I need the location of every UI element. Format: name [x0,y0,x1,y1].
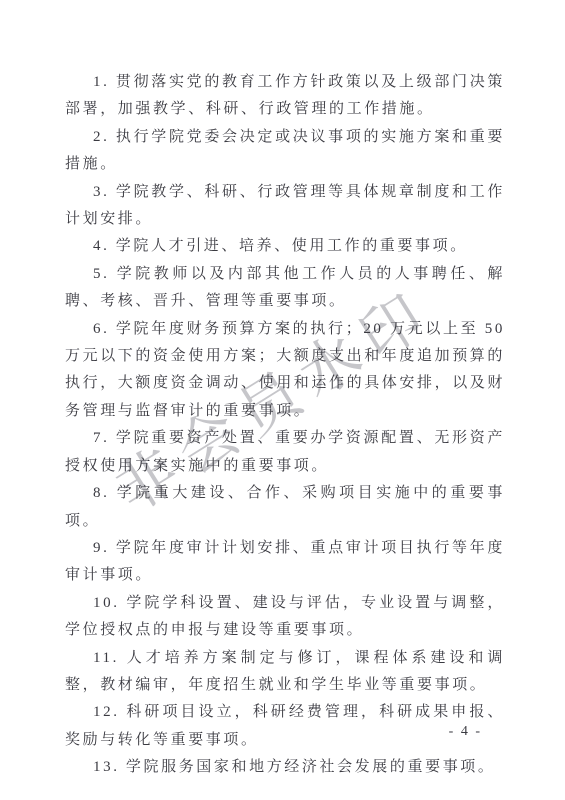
clause-6: 6. 学院年度财务预算方案的执行；20 万元以上至 50 万元以下的资金使用方案… [65,316,505,426]
clause-9: 9. 学院年度审计计划安排、重点审计项目执行等年度审计事项。 [65,535,505,590]
document-page: 非会员水印 1. 贯彻落实党的教育工作方针政策以及上级部门决策部署，加强教学、科… [0,0,565,800]
clause-13: 13. 学院服务国家和地方经济社会发展的重要事项。 [65,754,505,781]
clause-12: 12. 科研项目设立，科研经费管理，科研成果申报、奖励与转化等重要事项。 [65,699,505,754]
clause-11: 11. 人才培养方案制定与修订，课程体系建设和调整，教材编审，年度招生就业和学生… [65,645,505,700]
clause-10: 10. 学院学科设置、建设与评估，专业设置与调整，学位授权点的申报与建设等重要事… [65,590,505,645]
clause-7: 7. 学院重要资产处置、重要办学资源配置、无形资产授权使用方案实施中的重要事项。 [65,425,505,480]
clause-1: 1. 贯彻落实党的教育工作方针政策以及上级部门决策部署，加强教学、科研、行政管理… [65,69,505,124]
document-body: 1. 贯彻落实党的教育工作方针政策以及上级部门决策部署，加强教学、科研、行政管理… [65,69,505,782]
clause-5: 5. 学院教师以及内部其他工作人员的人事聘任、解聘、考核、晋升、管理等重要事项。 [65,261,505,316]
clause-2: 2. 执行学院党委会决定或决议事项的实施方案和重要措施。 [65,124,505,179]
clause-8: 8. 学院重大建设、合作、采购项目实施中的重要事项。 [65,480,505,535]
page-number: - 4 - [449,724,482,740]
clause-3: 3. 学院教学、科研、行政管理等具体规章制度和工作计划安排。 [65,179,505,234]
clause-4: 4. 学院人才引进、培养、使用工作的重要事项。 [65,233,505,260]
